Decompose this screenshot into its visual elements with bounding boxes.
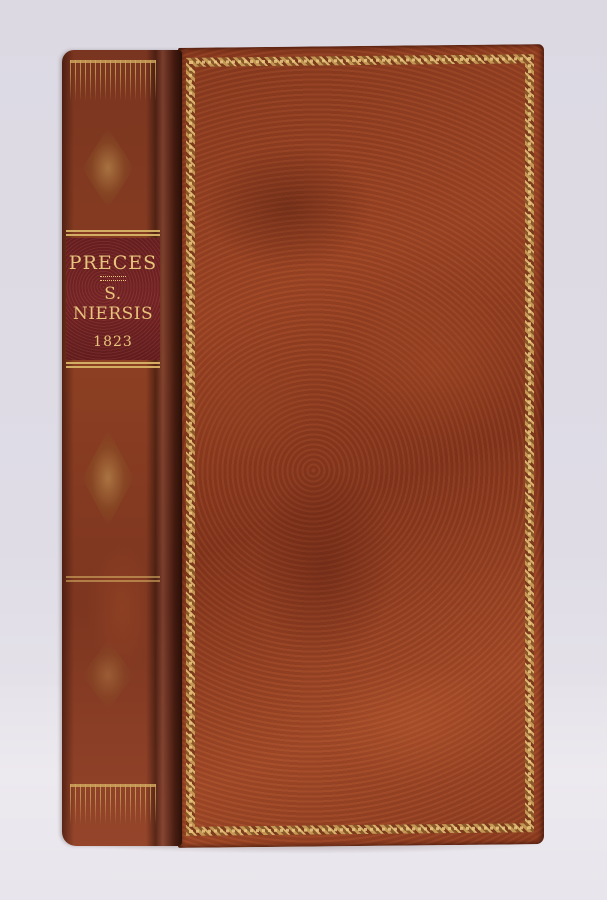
gilt-rule [66,576,160,578]
spine-title-line-1: PRECES [69,252,157,274]
gilt-dotted-border [189,57,531,833]
gilt-rule [66,362,160,364]
label-ornament [100,276,126,281]
gilt-rule [66,366,160,368]
book-spine: PRECES S. NIERSIS 1823 [62,50,182,846]
spine-lozenge-ornament [82,430,134,526]
gilt-rule [66,580,160,582]
spine-title-label: PRECES S. NIERSIS 1823 [66,238,160,360]
gilt-rule [66,230,160,232]
book-front-cover [178,44,544,848]
gilt-rule [66,234,160,236]
gilt-swag-ornament-top [70,60,156,101]
spine-floral-ornament-lower [82,640,134,710]
spine-title-line-2: S. NIERSIS [66,284,160,324]
gilt-swag-ornament-bottom [70,784,156,825]
spine-floral-ornament-upper [82,128,134,208]
spine-date: 1823 [93,334,133,350]
